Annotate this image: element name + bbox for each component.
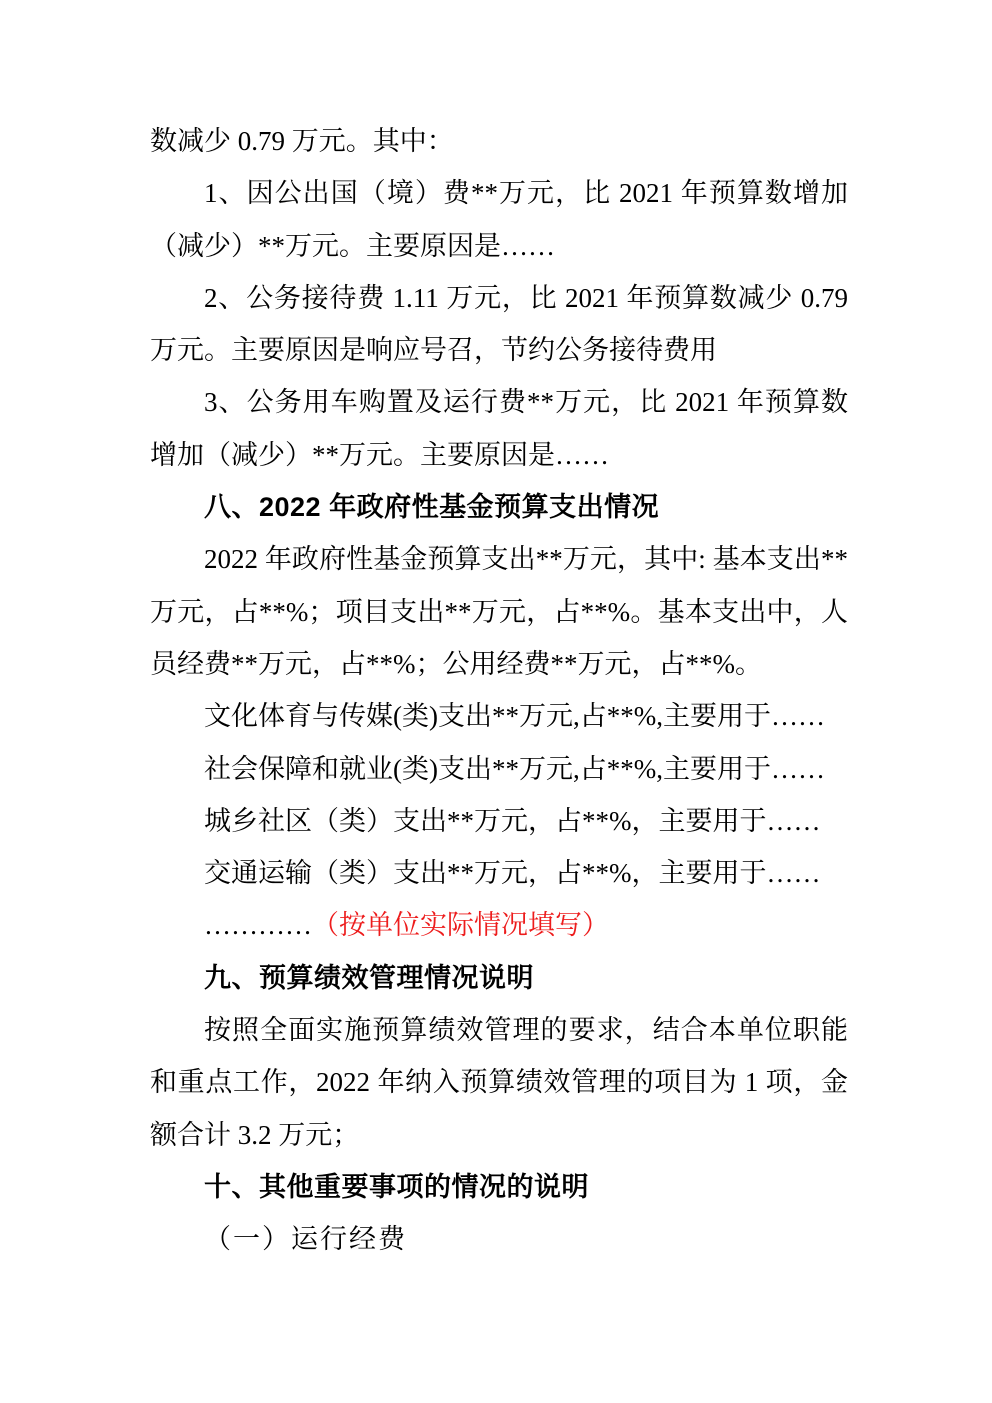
section10-heading: 十、其他重要事项的情况的说明	[150, 1161, 848, 1213]
category-line-culture-media: 文化体育与传媒(类)支出**万元,占**%,主要用于……	[150, 690, 848, 742]
category-line-social-security: 社会保障和就业(类)支出**万元,占**%,主要用于……	[150, 743, 848, 795]
document-page: 数减少 0.79 万元。其中： 1、因公出国（境）费**万元，比 2021 年预…	[0, 0, 992, 1403]
fill-note-red-text: （按单位实际情况填写）	[312, 910, 609, 940]
section8-heading: 八、2022 年政府性基金预算支出情况	[150, 481, 848, 533]
section9-heading: 九、预算绩效管理情况说明	[150, 952, 848, 1004]
document-body: 数减少 0.79 万元。其中： 1、因公出国（境）费**万元，比 2021 年预…	[150, 115, 848, 1266]
section8-summary-paragraph: 2022 年政府性基金预算支出**万元，其中: 基本支出**万元，占**%；项目…	[150, 533, 848, 690]
fill-note-dots: …………	[204, 910, 312, 940]
paragraph-tail-previous-section: 数减少 0.79 万元。其中：	[150, 115, 848, 167]
category-line-urban-rural-community: 城乡社区（类）支出**万元，占**%，主要用于……	[150, 795, 848, 847]
fill-note-line: …………（按单位实际情况填写）	[150, 899, 848, 951]
paragraph-item-2-reception-expense: 2、公务接待费 1.11 万元，比 2021 年预算数减少 0.79 万元。主要…	[150, 272, 848, 377]
section10-subheading-operating-funds: （一）运行经费	[150, 1213, 848, 1265]
category-line-transportation: 交通运输（类）支出**万元，占**%，主要用于……	[150, 847, 848, 899]
paragraph-item-1-abroad-expense: 1、因公出国（境）费**万元，比 2021 年预算数增加（减少）**万元。主要原…	[150, 167, 848, 272]
paragraph-item-3-vehicle-expense: 3、公务用车购置及运行费**万元，比 2021 年预算数增加（减少）**万元。主…	[150, 376, 848, 481]
section9-paragraph: 按照全面实施预算绩效管理的要求，结合本单位职能和重点工作，2022 年纳入预算绩…	[150, 1004, 848, 1161]
